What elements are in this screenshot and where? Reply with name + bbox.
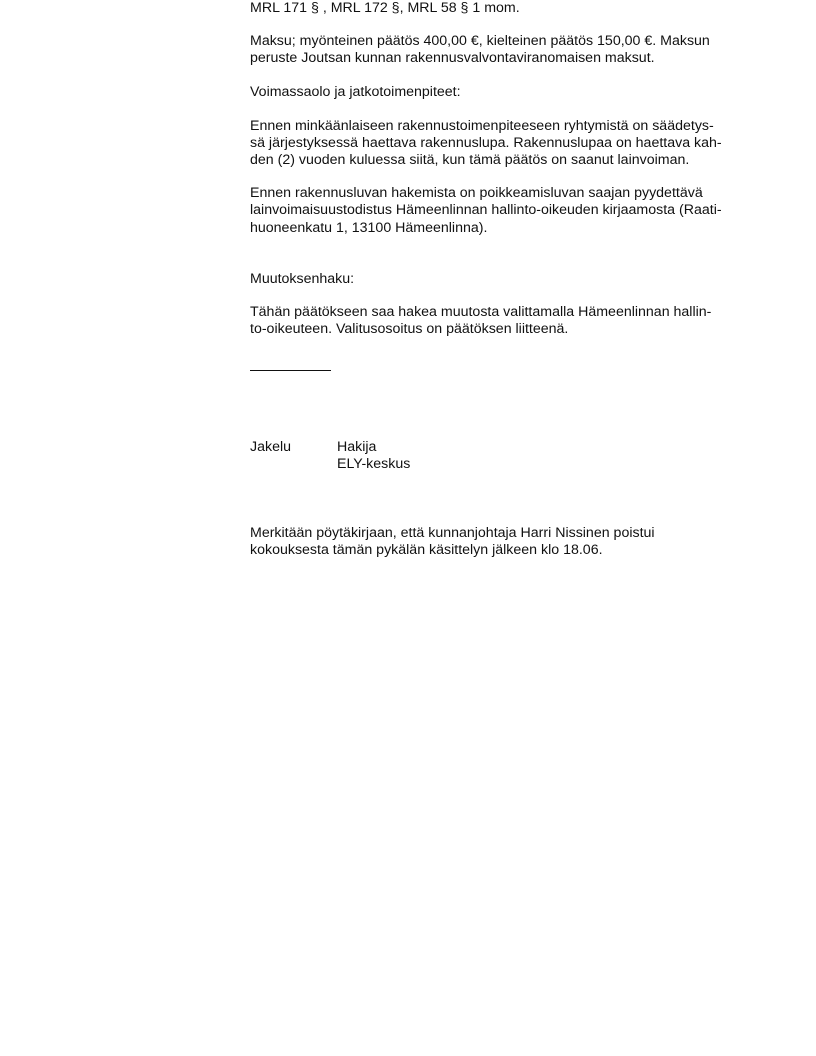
- appeal-line-1: Tähän päätökseen saa hakea muutosta vali…: [250, 304, 711, 321]
- validity-p2-line-1: Ennen rakennusluvan hakemista on poikkea…: [250, 185, 703, 202]
- fee-line-2: peruste Joutsan kunnan rakennusvalvontav…: [250, 50, 655, 67]
- minutes-note-line-1: Merkitään pöytäkirjaan, että kunnanjohta…: [250, 525, 655, 542]
- minutes-note-line-2: kokouksesta tämän pykälän käsittelyn jäl…: [250, 542, 603, 559]
- separator-rule: [250, 370, 331, 371]
- distribution-recipient: Hakija: [337, 439, 376, 456]
- validity-p1-line-1: Ennen minkäänlaiseen rakennustoimenpitee…: [250, 118, 714, 135]
- appeal-line-2: to-oikeuteen. Valitusosoitus on päätökse…: [250, 321, 568, 338]
- validity-heading: Voimassaolo ja jatkotoimenpiteet:: [250, 84, 461, 101]
- distribution-recipient: ELY-keskus: [337, 456, 410, 473]
- distribution-label: Jakelu: [250, 439, 291, 456]
- validity-p1-line-2: sä järjestyksessä haettava rakennuslupa.…: [250, 135, 722, 152]
- validity-p2-line-3: huoneenkatu 1, 13100 Hämeenlinna).: [250, 220, 487, 237]
- validity-p1-line-3: den (2) vuoden kuluessa siitä, kun tämä …: [250, 152, 689, 169]
- validity-p2-line-2: lainvoimaisuustodistus Hämeenlinnan hall…: [250, 202, 722, 219]
- fee-line-1: Maksu; myönteinen päätös 400,00 €, kielt…: [250, 33, 710, 50]
- legal-references: MRL 171 § , MRL 172 §, MRL 58 § 1 mom.: [250, 0, 520, 17]
- appeal-heading: Muutoksenhaku:: [250, 271, 354, 288]
